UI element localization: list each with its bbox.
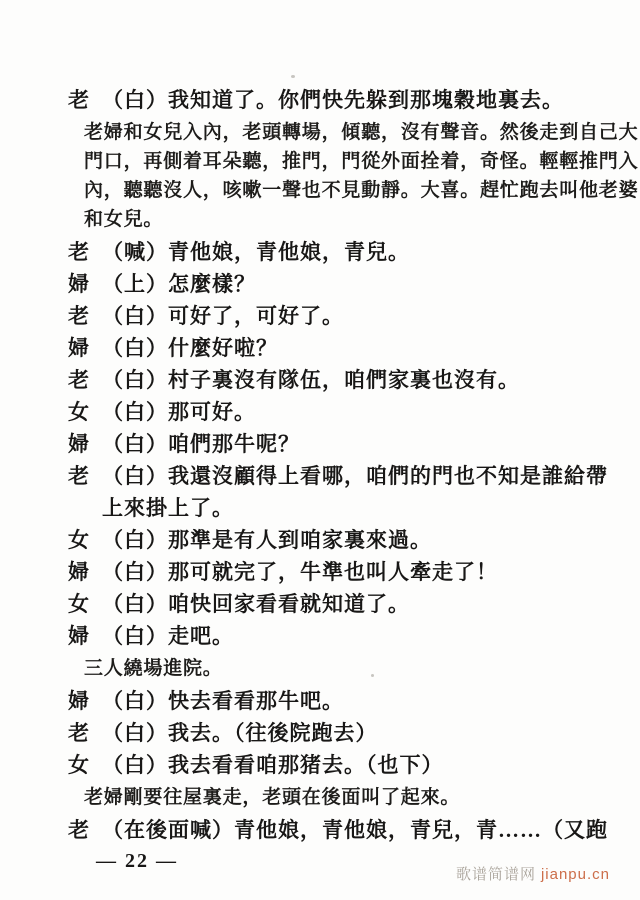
speaker-label: 女 xyxy=(68,749,102,781)
stage-direction: 老婦剛要往屋裏走，老頭在後面叫了起來。 xyxy=(84,783,640,812)
speaker-label: 老 xyxy=(68,717,102,749)
dialogue-line: 婦（白）什麼好啦？ xyxy=(68,332,640,364)
dialogue-line: 老（白）我還沒顧得上看哪，咱們的門也不知是誰給帶 上來掛上了。 xyxy=(68,460,640,524)
speaker-label: 女 xyxy=(68,524,102,556)
dialogue-text: （白）村子裏沒有隊伍，咱們家裏也沒有。 xyxy=(102,364,640,396)
speaker-label: 老 xyxy=(68,300,102,332)
speaker-label: 老 xyxy=(68,364,102,396)
dialogue-line: 老（在後面喊）青他娘，青他娘，青兒，青……（又跑 xyxy=(68,814,640,846)
dialogue-line: 女（白）那準是有人到咱家裏來過。 xyxy=(68,524,640,556)
dialogue-text: （白）快去看看那牛吧。 xyxy=(102,685,640,717)
dialogue-line: 老（喊）青他娘，青他娘，青兒。 xyxy=(68,236,640,268)
speaker-label: 婦 xyxy=(68,268,102,300)
dialogue-text: （白）我還沒顧得上看哪，咱們的門也不知是誰給帶 上來掛上了。 xyxy=(102,460,640,524)
dialogue-line: 老（白）我去。（往後院跑去） xyxy=(68,717,640,749)
speaker-label: 婦 xyxy=(68,428,102,460)
watermark-site-url: jianpu.cn xyxy=(541,866,610,883)
scanned-script-page: 老（白）我知道了。你們快先躲到那塊穀地裏去。老婦和女兒入內，老頭轉場，傾聽，沒有… xyxy=(0,0,640,900)
dialogue-line: 婦（白）那可就完了，牛準也叫人牽走了！ xyxy=(68,556,640,588)
dialogue-text: （白）什麼好啦？ xyxy=(102,332,640,364)
dialogue-text: （白）可好了，可好了。 xyxy=(102,300,640,332)
dialogue-text: （白）走吧。 xyxy=(102,620,640,652)
speaker-label: 老 xyxy=(68,814,102,846)
dialogue-text: （上）怎麼樣？ xyxy=(102,268,640,300)
speaker-label: 婦 xyxy=(68,685,102,717)
dialogue-text: （喊）青他娘，青他娘，青兒。 xyxy=(102,236,640,268)
dialogue-text: （白）咱快回家看看就知道了。 xyxy=(102,588,640,620)
dialogue-line: 女（白）那可好。 xyxy=(68,396,640,428)
dialogue-line: 老（白）我知道了。你們快先躲到那塊穀地裏去。 xyxy=(68,84,640,116)
dialogue-text: （白）咱們那牛呢？ xyxy=(102,428,640,460)
dialogue-line: 老（白）可好了，可好了。 xyxy=(68,300,640,332)
speaker-label: 老 xyxy=(68,460,102,524)
dialogue-line: 婦（白）咱們那牛呢？ xyxy=(68,428,640,460)
dialogue-text: （白）那可好。 xyxy=(102,396,640,428)
stage-direction: 老婦和女兒入內，老頭轉場，傾聽，沒有聲音。然後走到自己大 門口，再側着耳朵聽，推… xyxy=(84,118,640,234)
speaker-label: 女 xyxy=(68,396,102,428)
dialogue-line: 女（白）我去看看咱那猪去。（也下） xyxy=(68,749,640,781)
dialogue-text: （白）那可就完了，牛準也叫人牽走了！ xyxy=(102,556,640,588)
stage-direction: 三人繞場進院。 xyxy=(84,654,640,683)
speaker-label: 女 xyxy=(68,588,102,620)
dialogue-line: 婦（白）走吧。 xyxy=(68,620,640,652)
dialogue-text: （白）我去看看咱那猪去。（也下） xyxy=(102,749,640,781)
dialogue-line: 婦（上）怎麼樣？ xyxy=(68,268,640,300)
speaker-label: 婦 xyxy=(68,556,102,588)
speaker-label: 婦 xyxy=(68,332,102,364)
script-body: 老（白）我知道了。你們快先躲到那塊穀地裏去。老婦和女兒入內，老頭轉場，傾聽，沒有… xyxy=(68,84,640,846)
dialogue-text: （白）那準是有人到咱家裏來過。 xyxy=(102,524,640,556)
watermark-site-name: 歌谱简谱网 xyxy=(456,866,536,883)
scan-speck xyxy=(371,674,374,677)
dialogue-text: （白）我去。（往後院跑去） xyxy=(102,717,640,749)
speaker-label: 婦 xyxy=(68,620,102,652)
dialogue-line: 老（白）村子裏沒有隊伍，咱們家裏也沒有。 xyxy=(68,364,640,396)
speaker-label: 老 xyxy=(68,84,102,116)
dialogue-text: （白）我知道了。你們快先躲到那塊穀地裏去。 xyxy=(102,84,640,116)
dialogue-line: 婦（白）快去看看那牛吧。 xyxy=(68,685,640,717)
scan-speck xyxy=(291,75,295,78)
watermark: 歌谱简谱网jianpu.cn xyxy=(456,863,610,884)
speaker-label: 老 xyxy=(68,236,102,268)
dialogue-line: 女（白）咱快回家看看就知道了。 xyxy=(68,588,640,620)
dialogue-text: （在後面喊）青他娘，青他娘，青兒，青……（又跑 xyxy=(102,814,640,846)
